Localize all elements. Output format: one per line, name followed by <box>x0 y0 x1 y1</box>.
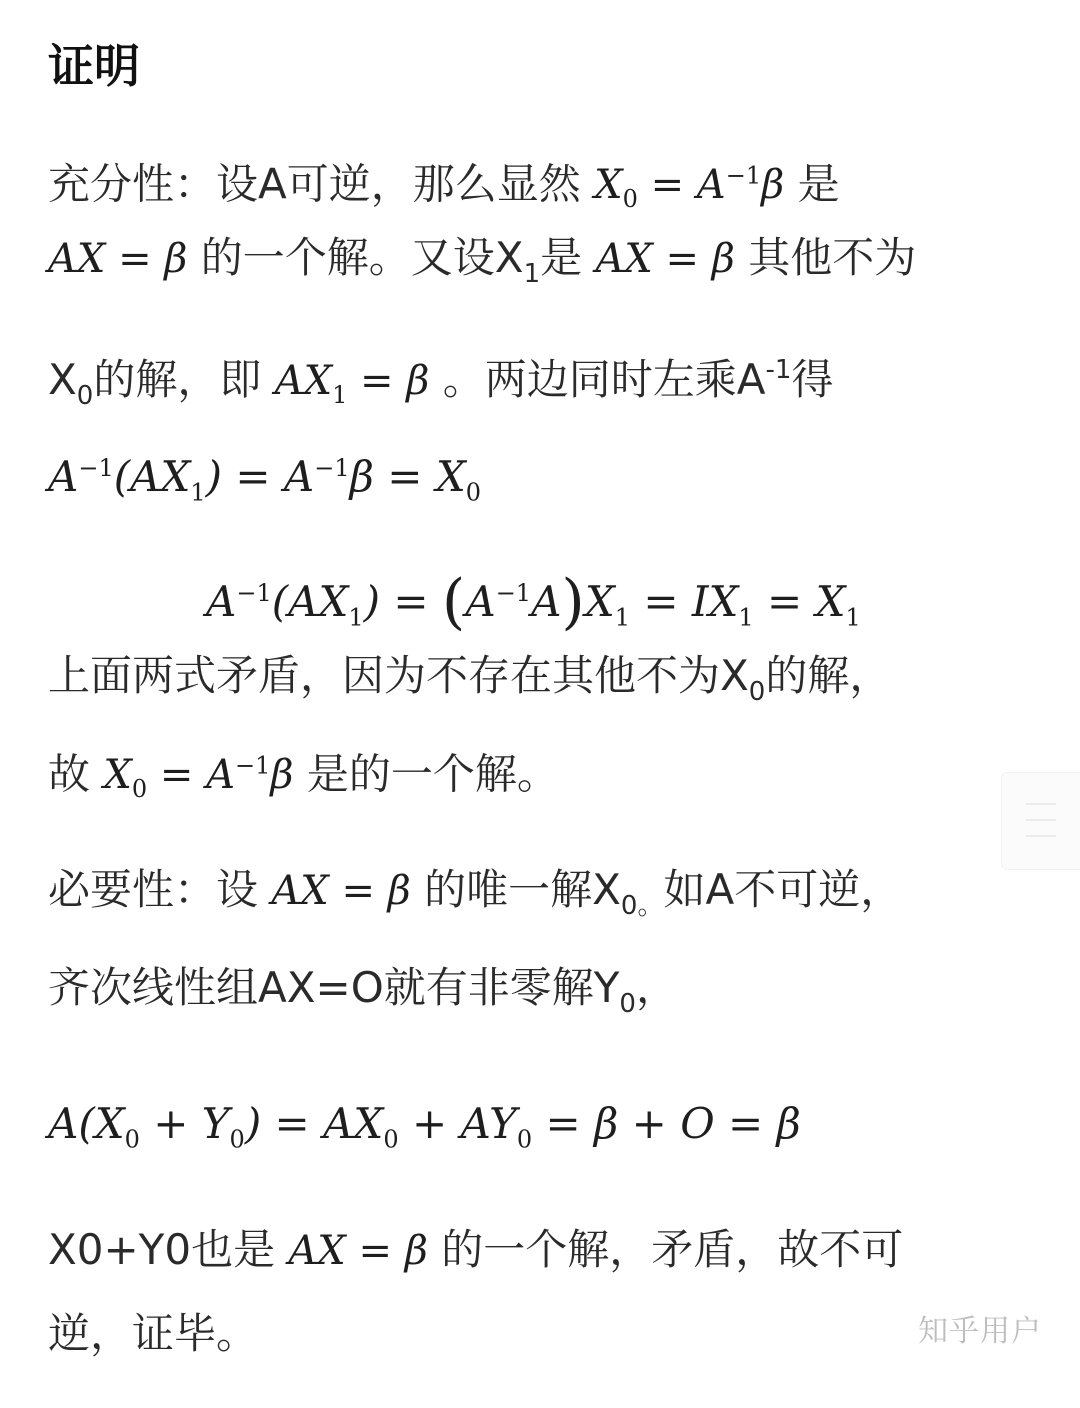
math-part: ) = A <box>206 452 315 501</box>
text: 的唯一解X <box>411 865 621 914</box>
page-title: 证明 <box>48 34 140 98</box>
subscript: 0 <box>749 677 766 707</box>
math-var: AX <box>275 358 332 404</box>
text: 的一个解。又设X <box>187 233 523 282</box>
math-sub: 0 <box>466 478 481 506</box>
math-paren: ) <box>561 567 584 637</box>
sufficiency-line-3: X0的解，即 AX1 = β 。两边同时左乘A-1得 <box>48 340 833 426</box>
math-sub: 0 <box>230 1125 245 1153</box>
math-eq: = A <box>638 162 726 208</box>
text: X <box>48 355 77 404</box>
scroll-to-top-button[interactable] <box>1001 772 1080 870</box>
math-sup: −1 <box>236 579 271 607</box>
text: 。两边同时左乘A <box>429 355 765 404</box>
subscript: 0 <box>77 381 94 411</box>
math-part: = X <box>754 577 846 626</box>
math-sup: −1 <box>496 579 531 607</box>
math-part: = IX <box>630 577 738 626</box>
sufficiency-line-2: AX = β 的一个解。又设X1是 AX = β 其他不为 <box>48 228 916 304</box>
text: 必要性：设 <box>48 865 271 914</box>
math-beta: β <box>270 752 293 798</box>
text: 得 <box>791 355 833 404</box>
subscript: 0 <box>619 989 636 1019</box>
text: X0+Y0也是 <box>48 1225 288 1274</box>
math-part: A <box>465 577 495 626</box>
math-sup: −1 <box>726 162 761 190</box>
math-inline: AX1 = β <box>275 358 430 404</box>
math-inline: X0 = A−1β <box>103 752 293 798</box>
math-paren: ( <box>442 567 465 637</box>
math-part: A <box>48 452 78 501</box>
math-part: β = X <box>350 452 466 501</box>
math-sub: 1 <box>348 603 363 631</box>
math-part: ) = AX <box>245 1099 384 1148</box>
math-sub: 0 <box>623 185 638 213</box>
math-part: + AY <box>399 1099 517 1148</box>
sufficiency-line-1: 充分性：设A可逆，那么显然 X0 = A−1β 是 <box>48 146 840 229</box>
math-part: (AX <box>114 452 191 501</box>
text: 上面两式矛盾，因为不存在其他不为X <box>48 651 749 700</box>
necessity-line-2: 齐次线性组AX=O就有非零解Y0， <box>48 958 678 1034</box>
math-sup: −1 <box>235 752 270 780</box>
math-part: A(X <box>48 1099 125 1148</box>
watermark: 知乎用户 <box>918 1312 1042 1352</box>
math-sub: 0 <box>517 1125 532 1153</box>
math-sup: −1 <box>78 454 113 482</box>
subscript: 1 <box>524 259 541 289</box>
math-var: X <box>103 752 131 798</box>
text: 其他不为 <box>735 233 916 282</box>
text: 是的一个解。 <box>293 749 558 798</box>
math-inline: AX = β <box>288 1228 427 1274</box>
text: 是 <box>540 233 595 282</box>
math-sub: 1 <box>738 603 753 631</box>
math-inline: AX = β <box>595 236 734 282</box>
text: 如A不可逆， <box>663 865 902 914</box>
math-sup: −1 <box>314 454 349 482</box>
text: 的一个解，矛盾，故不可 <box>428 1225 903 1274</box>
text: 齐次线性组AX=O就有非零解Y <box>48 963 619 1012</box>
text: 的解，即 <box>93 355 274 404</box>
text: ， <box>636 963 678 1012</box>
math-sub: 1 <box>190 478 205 506</box>
necessity-line-1: 必要性：设 AX = β 的唯一解X0。如A不可逆， <box>48 860 902 936</box>
math-part: X <box>585 577 615 626</box>
equation-1: A−1(AX1) = A−1β = X0 <box>48 438 481 522</box>
sufficiency-line-4: 上面两式矛盾，因为不存在其他不为X0的解， <box>48 646 891 722</box>
math-part: = β + O = β <box>532 1099 801 1148</box>
math-var: X <box>594 162 622 208</box>
superscript: -1 <box>766 355 792 385</box>
math-sub: 0 <box>383 1125 398 1153</box>
text: 的解， <box>765 651 891 700</box>
math-sub: 1 <box>332 381 347 409</box>
sufficiency-line-5: 故 X0 = A−1β 是的一个解。 <box>48 736 559 819</box>
text: 逆，证毕。 <box>48 1309 258 1358</box>
text: 故 <box>48 749 103 798</box>
math-beta: β <box>761 162 784 208</box>
math-part: A <box>206 577 236 626</box>
necessity-line-3: X0+Y0也是 AX = β 的一个解，矛盾，故不可 <box>48 1220 903 1281</box>
math-part: ) = <box>364 577 442 626</box>
math-sub: 0 <box>125 1125 140 1153</box>
subscript: 0。 <box>621 891 664 921</box>
math-sub: 1 <box>615 603 630 631</box>
math-sub: 1 <box>846 603 861 631</box>
math-eq: = A <box>147 752 235 798</box>
math-part: + Y <box>140 1099 230 1148</box>
math-sub: 0 <box>132 775 147 803</box>
math-part: A <box>531 577 561 626</box>
equation-3: A(X0 + Y0) = AX0 + AY0 = β + O = β <box>48 1094 801 1169</box>
math-part: (AX <box>272 577 349 626</box>
math-inline: X0 = A−1β <box>594 162 784 208</box>
equation-2: A−1(AX1) = (A−1A)X1 = IX1 = X1 <box>206 558 861 652</box>
necessity-line-4: 逆，证毕。 <box>48 1304 258 1364</box>
math-inline: AX = β <box>48 236 187 282</box>
math-inline: AX = β <box>271 868 410 914</box>
math-rest: = β <box>347 358 429 404</box>
text: 是 <box>784 159 839 208</box>
text: 充分性：设A可逆，那么显然 <box>48 159 594 208</box>
